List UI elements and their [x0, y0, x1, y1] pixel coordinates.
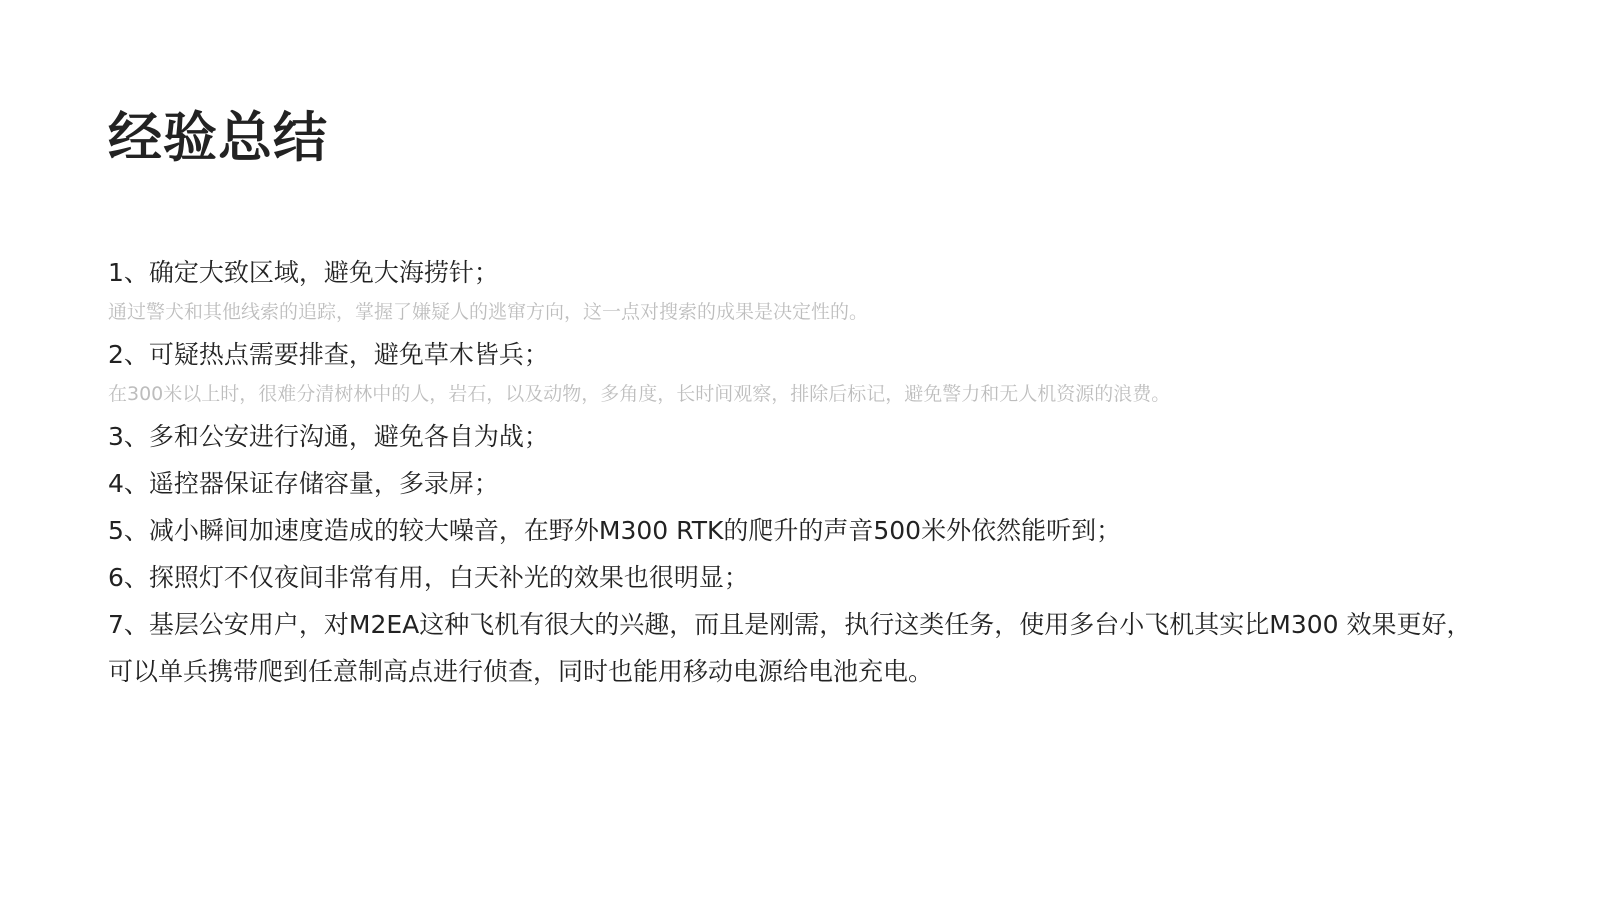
slide-title: 经验总结: [108, 104, 328, 172]
list-item-4: 4、遥控器保证存储容量，多录屏；: [108, 465, 1478, 503]
list-item-7: 7、基层公安用户，对M2EA这种飞机有很大的兴趣，而且是刚需，执行这类任务，使用…: [108, 601, 1478, 695]
list-item-3: 3、多和公安进行沟通，避免各自为战；: [108, 418, 1478, 456]
summary-list: 1、确定大致区域，避免大海捞针； 通过警犬和其他线索的追踪，掌握了嫌疑人的逃窜方…: [108, 254, 1478, 695]
list-item-2-note: 在300米以上时，很难分清树林中的人，岩石，以及动物，多角度，长时间观察，排除后…: [108, 379, 1478, 409]
list-item-6: 6、探照灯不仅夜间非常有用，白天补光的效果也很明显；: [108, 559, 1478, 597]
slide: 经验总结 1、确定大致区域，避免大海捞针； 通过警犬和其他线索的追踪，掌握了嫌疑…: [0, 0, 1600, 900]
list-item-2: 2、可疑热点需要排查，避免草木皆兵；: [108, 336, 1478, 374]
list-item-1: 1、确定大致区域，避免大海捞针；: [108, 254, 1478, 292]
list-item-1-note: 通过警犬和其他线索的追踪，掌握了嫌疑人的逃窜方向，这一点对搜索的成果是决定性的。: [108, 297, 1478, 327]
list-item-5: 5、减小瞬间加速度造成的较大噪音，在野外M300 RTK的爬升的声音500米外依…: [108, 512, 1478, 550]
